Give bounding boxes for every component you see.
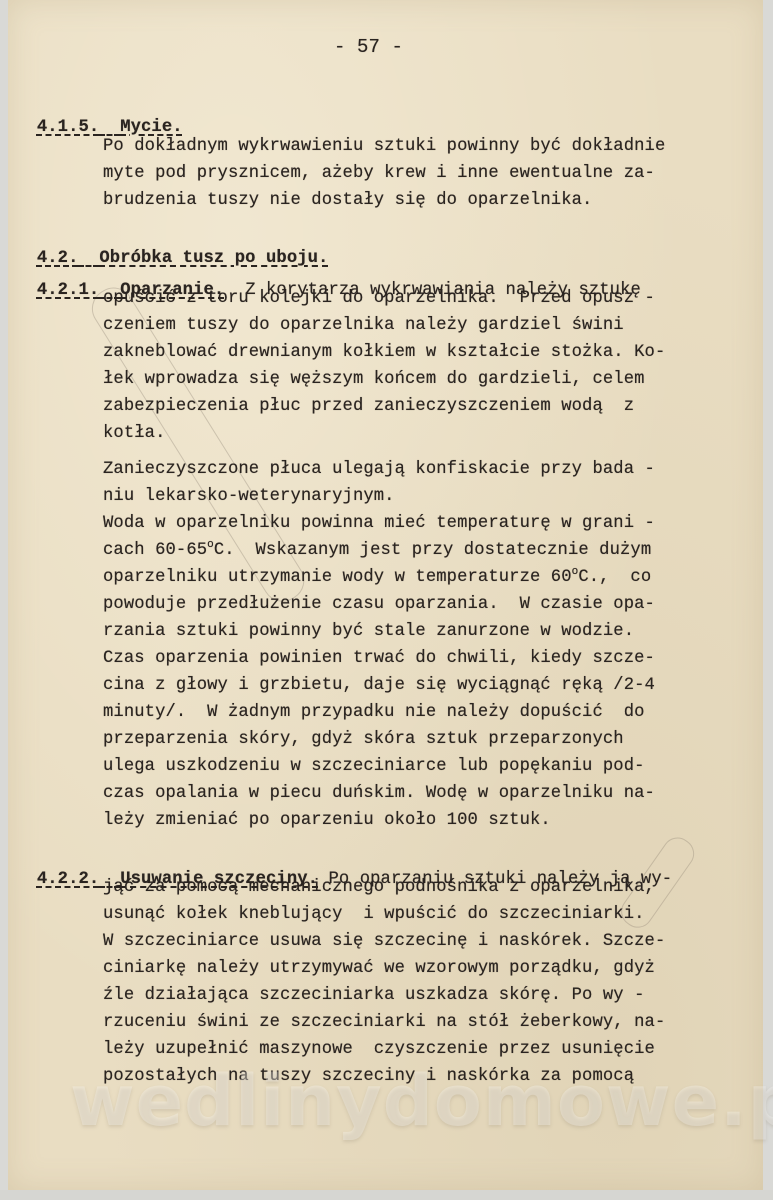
text-line: Woda w oparzelniku powinna mieć temperat… [103, 514, 655, 533]
text-line: źle działająca szczeciniarka uszkadza sk… [103, 986, 645, 1005]
section-title: Mycie. [120, 118, 183, 137]
text-line: niu lekarsko-weterynaryjnym. [103, 487, 395, 506]
text-line: zabezpieczenia płuc przed zanieczyszczen… [103, 397, 634, 416]
text-line: minuty/. W żadnym przypadku nie należy d… [103, 703, 645, 722]
text-line: leży zmieniać po oparzeniu około 100 szt… [103, 811, 551, 830]
scan-border [0, 1190, 773, 1200]
text-line: cach 60-65oC. Wskazanym jest przy dostat… [103, 541, 651, 560]
text-line: czas opalania w piecu duńskim. Wodę w op… [103, 784, 655, 803]
text-line: Zanieczyszczone płuca ulegają konfiskaci… [103, 460, 655, 479]
watermark: wedlinydomowe.pl [70, 1060, 710, 1142]
text-line: oparzelniku utrzymanie wody w temperatur… [103, 568, 651, 587]
text-line: czeniem tuszy do oparzelnika należy gard… [103, 316, 624, 335]
degree-symbol: o [207, 539, 214, 551]
text-line: W szczeciniarce usuwa się szczecinę i na… [103, 932, 665, 951]
section-number: 4.1.5. [37, 118, 100, 137]
section-heading-4-1-5: 4.1.5. Mycie. [16, 99, 183, 137]
text-line: jąć za pomocą mechanicznego podnośnika z… [103, 878, 655, 897]
text-line: ciniarkę należy utrzymywać we wzorowym p… [103, 959, 655, 978]
text-line: powoduje przedłużenie czasu oparzania. W… [103, 595, 655, 614]
text-line: łek wprowadza się węższym końcem do gard… [103, 370, 645, 389]
text-line: cina z głowy i grzbietu, daje się wyciąg… [103, 676, 655, 695]
text-line: leży uzupełnić maszynowe czyszczenie prz… [103, 1040, 655, 1059]
text-line: opuścić z toru kolejki do oparzelnika. P… [103, 289, 655, 308]
text-line: myte pod prysznicem, ażeby krew i inne e… [103, 164, 655, 183]
text-line: usunąć kołek kneblujący i wpuścić do szc… [103, 905, 645, 924]
text-line: rzuceniu świni ze szczeciniarki na stół … [103, 1013, 665, 1032]
section-number: 4.2.2. [37, 870, 100, 889]
page-number: - 57 - [334, 36, 403, 58]
text-line: zakneblować drewnianym kołkiem w kształc… [103, 343, 665, 362]
section-number: 4.2.1. [37, 281, 100, 300]
text-line: przeparzenia skóry, gdyż skóra sztuk prz… [103, 730, 624, 749]
text-line: ulega uszkodzeniu w szczeciniarce lub po… [103, 757, 645, 776]
text-line: rzania sztuki powinny być stale zanurzon… [103, 622, 634, 641]
degree-symbol: o [572, 566, 579, 578]
text-line: Czas oparzenia powinien trwać do chwili,… [103, 649, 655, 668]
text-line: kotła. [103, 424, 166, 443]
text-line: brudzenia tuszy nie dostały się do oparz… [103, 191, 592, 210]
text-line: Po dokładnym wykrwawieniu sztuki powinny… [103, 137, 665, 156]
